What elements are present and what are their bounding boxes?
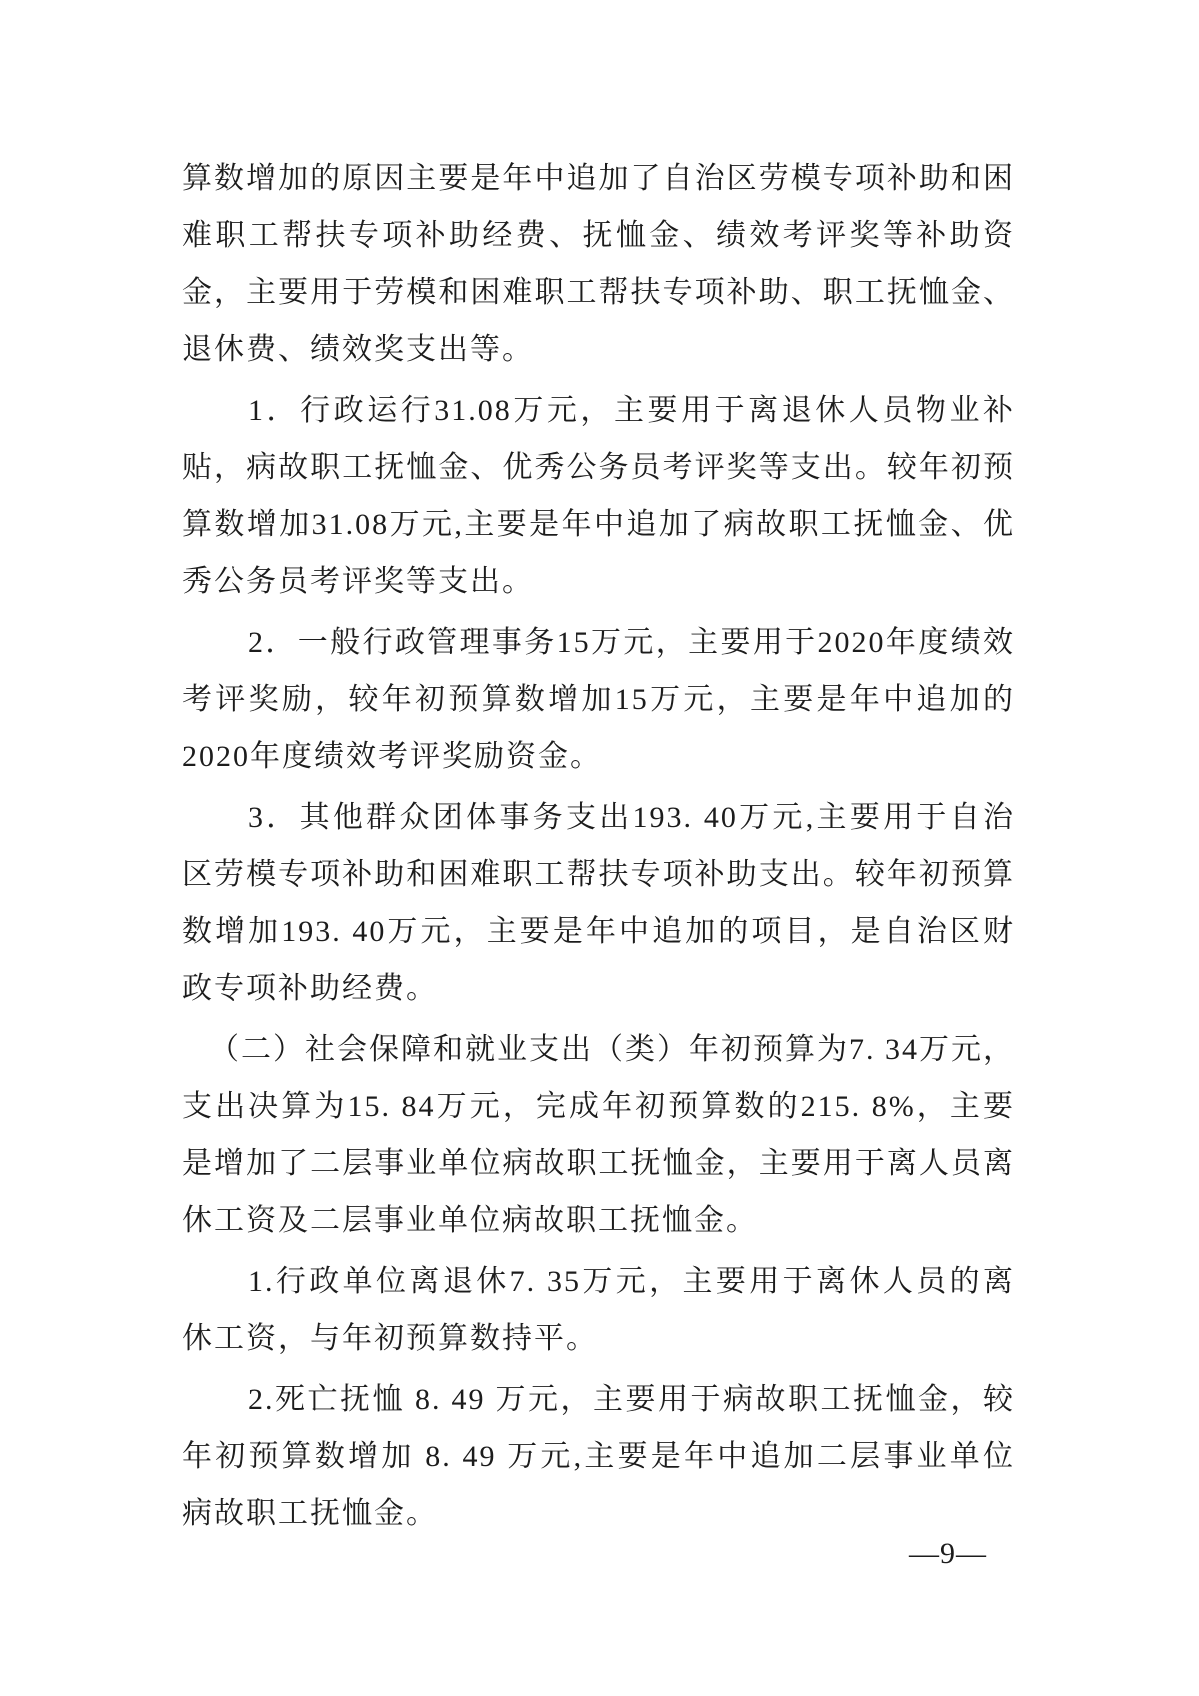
paragraph-item-2-death-benefit: 2.死亡抚恤 8. 49 万元，主要用于病故职工抚恤金，较年初预算数增加 8. … (182, 1371, 1015, 1542)
paragraph-section-2-social-security: （二）社会保障和就业支出（类）年初预算为7. 34万元，支出决算为15. 84万… (182, 1021, 1015, 1249)
paragraph-item-3-other-mass-organization: 3．其他群众团体事务支出193. 40万元,主要用于自治区劳模专项补助和困难职工… (182, 789, 1015, 1017)
paragraph-item-2-general-admin-affairs: 2．一般行政管理事务15万元，主要用于2020年度绩效考评奖励，较年初预算数增加… (182, 614, 1015, 785)
paragraph-item-1-retirement: 1.行政单位离退休7. 35万元，主要用于离休人员的离休工资，与年初预算数持平。 (182, 1253, 1015, 1367)
document-page: 算数增加的原因主要是年中追加了自治区劳模专项补助和困难职工帮扶专项补助经费、抚恤… (0, 0, 1199, 1696)
paragraph-intro-continuation: 算数增加的原因主要是年中追加了自治区劳模专项补助和困难职工帮扶专项补助经费、抚恤… (182, 150, 1015, 378)
document-body: 算数增加的原因主要是年中追加了自治区劳模专项补助和困难职工帮扶专项补助经费、抚恤… (182, 150, 1015, 1542)
paragraph-item-1-administrative-operation: 1．行政运行31.08万元，主要用于离退休人员物业补贴，病故职工抚恤金、优秀公务… (182, 382, 1015, 610)
page-number: —9— (182, 1534, 1015, 1574)
